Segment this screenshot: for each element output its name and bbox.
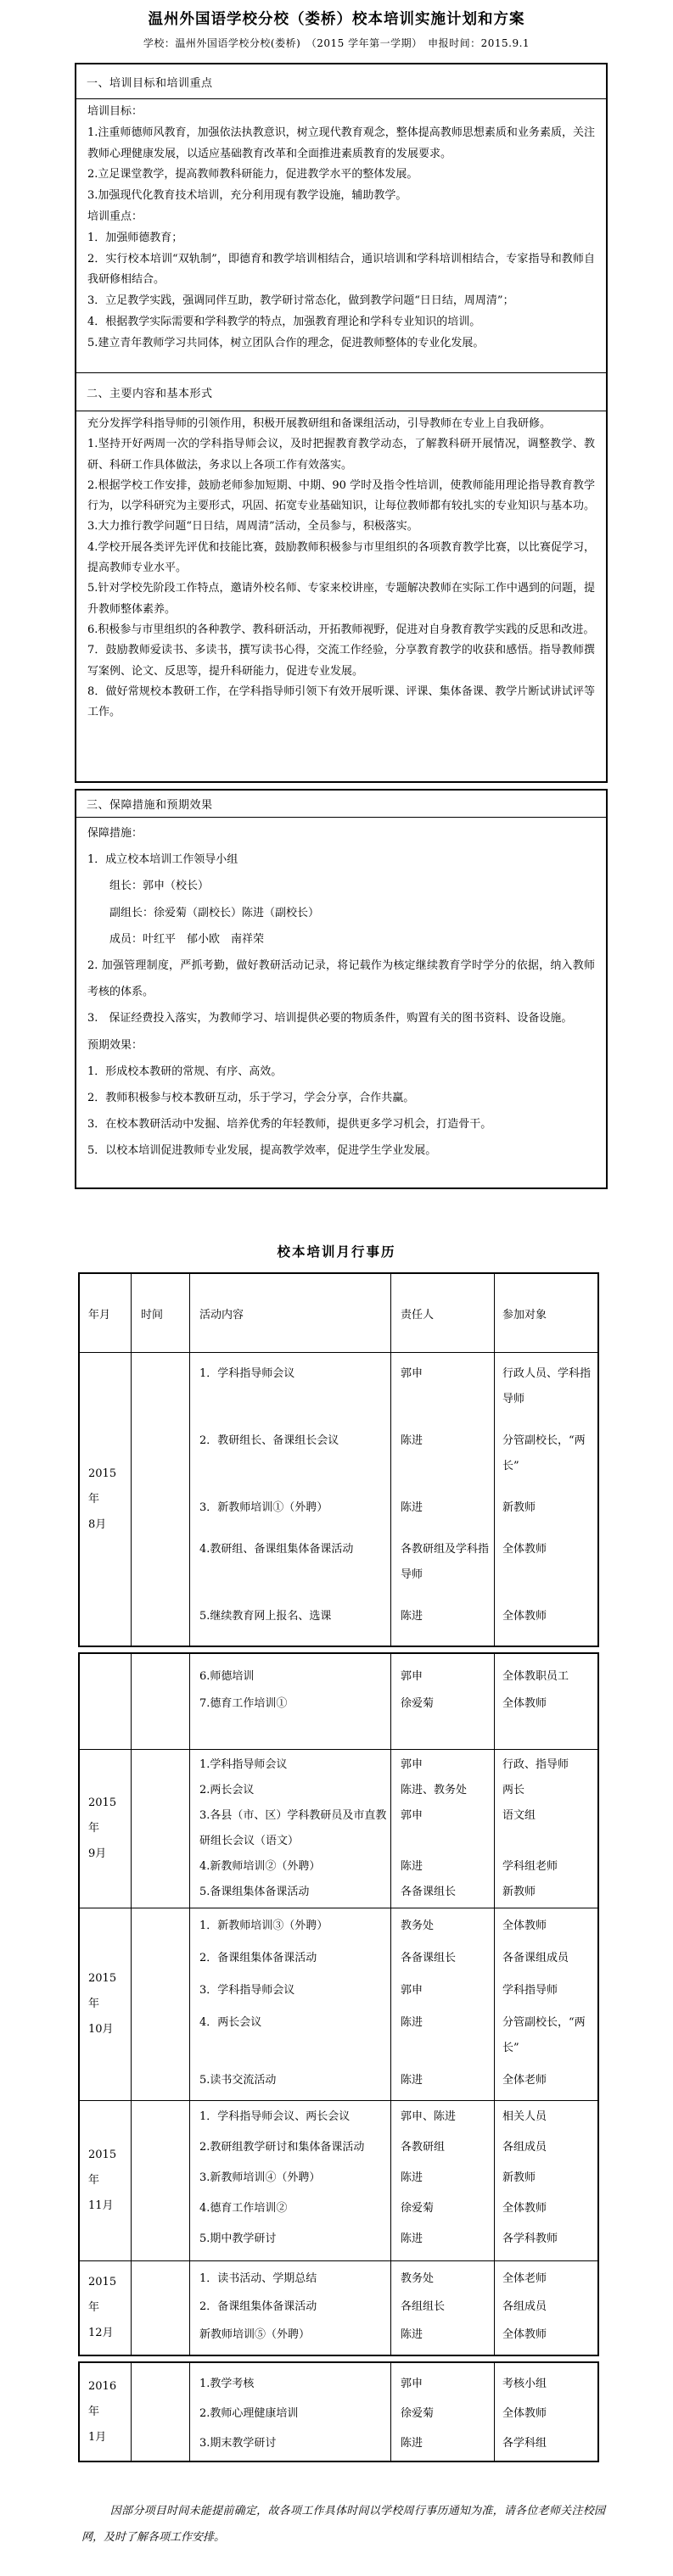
month-label-line: 年 [88,1816,131,1841]
leader-text: 教务处 [390,1914,494,1939]
activity-text: 4.新教师培训②（外聘） [189,1854,390,1880]
column-divider [390,1654,391,1749]
leader-text: 徐爱菊 [390,2401,494,2427]
activity-text: 3．新教师培训①（外聘） [189,1495,390,1521]
section-box-safeguards: 三、保障措施和预期效果保障措施：1．成立校本培训工作领导小组 组长：郭申（校长）… [75,789,608,1189]
activity-text: 6.师德培训 [189,1664,390,1690]
activities-column: 1．学科指导师会议、两长会议郭申、陈进相关人员2.教研组教学研讨和集体备课活动各… [189,2101,597,2260]
activity-text: 3.新教师培训④（外聘） [189,2165,390,2191]
activities-column: 1．新教师培训③（外聘）教务处全体教师2．备课组集体备课活动各备课组长各备课组成… [189,1908,597,2100]
participants-text: 全体教职员工 [494,1664,597,1690]
participants-text: 各组成员 [494,2294,597,2320]
column-header-leader: 责任人 [390,1274,494,1352]
column-divider [494,2363,495,2461]
participants-text: 各组成员 [494,2135,597,2160]
participants-text: 学科指导师 [494,1978,597,2003]
section-content: 充分发挥学科指导师的引领作用，积极开展教研组和备课组活动，引导教师在专业上自我研… [76,411,606,781]
calendar-header-row: 年月 时间 活动内容 责任人 参加对象 [80,1274,597,1352]
leader-text: 陈进 [390,2431,494,2456]
section-box-goals-and-content: 一、培训目标和培训重点培训目标：1.注重师德师风教育，加强依法执教意识，树立现代… [75,63,608,783]
section-paragraph: 成员：叶红平 郁小欧 南祥荣 [87,926,595,953]
page-subtitle: 学校：温州外国语学校分校(娄桥) （2015 学年第一学期） 申报时间：2015… [0,34,673,53]
participants-text: 新教师 [494,2165,597,2191]
time-cell [131,2101,189,2260]
column-divider [494,2261,495,2355]
activity-text: 新教师培训⑤（外聘） [189,2322,390,2348]
activity-item: 2.两长会议陈进、教务处两长 [189,1778,597,1803]
column-divider [131,1274,132,1352]
participants-text: 相关人员 [494,2104,597,2130]
activity-text: 1．新教师培训③（外聘） [189,1914,390,1939]
column-divider [390,2101,391,2260]
column-divider [189,1908,190,2100]
month-label-line: 9月 [88,1841,131,1867]
activity-item: 4.德育工作培训②徐爱菊全体教师 [189,2196,597,2221]
leader-text: 郭申 [390,1978,494,2003]
column-divider [189,2101,190,2260]
participants-text: 考核小组 [494,2372,597,2397]
leader-text: 陈进 [390,1495,494,1521]
leader-text: 各备课组长 [390,1880,494,1905]
time-cell [131,1908,189,2100]
column-header-yearmonth: 年月 [80,1274,131,1352]
month-label-line: 年 [88,1992,131,2017]
month-label-line: 年 [88,2400,131,2425]
section-paragraph: 2.根据学校工作安排，鼓励老师参加短期、中期、90 学时及指令性培训，使教师能用… [87,476,595,517]
leader-text: 郭申 [390,2372,494,2397]
column-divider [390,1750,391,1908]
activity-item: 1．新教师培训③（外聘）教务处全体教师 [189,1914,597,1939]
section-paragraph: 1．成立校本培训工作领导小组 [87,847,595,873]
leader-text: 徐爱菊 [390,1691,494,1717]
section-paragraph: 充分发挥学科指导师的引领作用，积极开展教研组和备课组活动，引导教师在专业上自我研… [87,414,595,434]
activity-text: 4.教研组、备课组集体备课活动 [189,1537,390,1588]
leader-text: 陈进 [390,2165,494,2191]
leader-text: 各备课组长 [390,1946,494,1971]
activity-item: 2．教研组长、备课组长会议陈进分管副校长，“两长” [189,1428,597,1479]
section-paragraph: 3. 保证经费投入落实，为教师学习、培训提供必要的物质条件，购置有关的图书资料、… [87,1005,595,1031]
footer-note: 因部分项目时间未能提前确定，故各项工作具体时间以学校周行事历通知为准，请各位老师… [81,2498,605,2551]
activity-item: 3．新教师培训①（外聘）陈进新教师 [189,1495,597,1521]
activities-column: 6.师德培训郭申全体教职员工7.德育工作培训①徐爱菊全体教师 [189,1654,597,1749]
participants-text: 全体老师 [494,2068,597,2093]
month-label-line: 10月 [88,2017,131,2042]
activity-text: 2.教师心理健康培训 [189,2401,390,2427]
participants-text: 分管副校长，“两长” [494,1428,597,1479]
leader-text: 郭申、陈进 [390,2104,494,2130]
section-paragraph: 3．立足教学实践，强调同伴互助，教学研讨常态化，做到教学问题“日日结，周周清”； [87,291,595,312]
column-divider [494,1750,495,1908]
column-divider [390,1274,391,1352]
column-header-activity: 活动内容 [189,1274,390,1352]
section-paragraph: 1．形成校本教研的常规、有序、高效。 [87,1059,595,1085]
activity-text: 2.两长会议 [189,1778,390,1803]
month-label-line: 2015 [88,1966,131,1992]
participants-text: 两长 [494,1778,597,1803]
leader-text: 陈进 [390,2068,494,2093]
calendar-month-block: 2015年9月1.学科指导师会议郭申行政、指导师2.两长会议陈进、教务处两长3.… [80,1749,597,1908]
month-label-line: 2015 [88,2270,131,2295]
activity-item: 5.期中教学研讨陈进各学科教师 [189,2227,597,2252]
section-paragraph: 5．以校本培训促进教师专业发展，提高教学效率，促进学生学业发展。 [87,1137,595,1164]
activity-item: 3．学科指导师会议郭申学科指导师 [189,1978,597,2003]
document-page: 温州外国语学校分校（娄桥）校本培训实施计划和方案 学校：温州外国语学校分校(娄桥… [0,0,673,2576]
leader-text: 郭申 [390,1664,494,1690]
section-content: 培训目标：1.注重师德师风教育，加强依法执教意识，树立现代教育观念，整体提高教师… [76,99,606,373]
activity-item: 1．读书活动、学期总结教务处全体老师 [189,2266,597,2292]
column-divider [131,1908,132,2100]
leader-text: 郭申 [390,1752,494,1778]
month-label-line: 2015 [88,1461,131,1487]
section-paragraph: 5.针对学校先阶段工作特点，邀请外校名师、专家来校讲座，专题解决教师在实际工作中… [87,578,595,620]
activity-item: 新教师培训⑤（外聘）陈进全体教师 [189,2322,597,2348]
section-paragraph: 7．鼓励教师爱读书、多读书，撰写读书心得，交流工作经验，分享教育教学的收获和感悟… [87,640,595,682]
section-paragraph: 3．在校本教研活动中发掘、培养优秀的年轻教师，提供更多学习机会，打造骨干。 [87,1111,595,1137]
activity-text: 1.教学考核 [189,2372,390,2397]
column-divider [189,1654,190,1749]
activity-item: 2．备课组集体备课活动各组组长各组成员 [189,2294,597,2320]
section-paragraph: 3.大力推行教学问题“日日结，周周清”活动，全员参与，积极落实。 [87,517,595,537]
activity-item: 2.教研组教学研讨和集体备课活动各教研组各组成员 [189,2135,597,2160]
leader-text: 陈进、教务处 [390,1778,494,1803]
section-paragraph: 1．加强师德教育； [87,228,595,249]
participants-text: 全体教师 [494,2196,597,2221]
calendar-month-block: 2015年12月1．读书活动、学期总结教务处全体老师2．备课组集体备课活动各组组… [80,2260,597,2355]
participants-text: 各学科教师 [494,2227,597,2252]
section-heading: 一、培训目标和培训重点 [76,64,606,99]
column-divider [494,1274,495,1352]
month-label: 2015年12月 [80,2261,131,2355]
column-divider [189,2261,190,2355]
participants-text: 新教师 [494,1880,597,1905]
leader-text: 各教研组及学科指导师 [390,1537,494,1588]
participants-text: 行政人员、学科指导师 [494,1361,597,1412]
participants-text: 全体教师 [494,1914,597,1939]
month-label-line: 12月 [88,2321,131,2346]
activity-item: 6.师德培训郭申全体教职员工 [189,1664,597,1690]
column-header-time: 时间 [131,1274,189,1352]
column-divider [494,1908,495,2100]
leader-text: 陈进 [390,1604,494,1629]
section-paragraph: 保障措施： [87,820,595,847]
column-divider [494,2101,495,2260]
calendar-month-block: 6.师德培训郭申全体教职员工7.德育工作培训①徐爱菊全体教师 [80,1654,597,1749]
activity-item: 1.学科指导师会议郭申行政、指导师 [189,1752,597,1778]
activity-text: 1．读书活动、学期总结 [189,2266,390,2292]
calendar-month-block: 2016年1月1.教学考核郭申考核小组2.教师心理健康培训徐爱菊全体教师3.期末… [80,2363,597,2461]
section-content: 保障措施：1．成立校本培训工作领导小组 组长：郭申（校长） 副组长：徐爱菊（副校… [76,818,606,1187]
participants-text: 新教师 [494,1495,597,1521]
leader-text: 郭申 [390,1361,494,1412]
participants-text: 分管副校长，“两长” [494,2010,597,2061]
month-label-line: 11月 [88,2193,131,2219]
activity-text: 4.德育工作培训② [189,2196,390,2221]
activity-item: 7.德育工作培训①徐爱菊全体教师 [189,1691,597,1717]
column-divider [189,1274,190,1352]
participants-text: 全体教师 [494,1537,597,1588]
calendar-month-block: 2015年11月1．学科指导师会议、两长会议郭申、陈进相关人员2.教研组教学研讨… [80,2100,597,2260]
activity-text: 1．学科指导师会议 [189,1361,390,1412]
leader-text: 陈进 [390,2010,494,2061]
month-label: 2016年1月 [80,2363,131,2461]
activity-text: 1．学科指导师会议、两长会议 [189,2104,390,2130]
section-paragraph: 组长：郭申（校长） [87,873,595,899]
participants-text: 全体老师 [494,2266,597,2292]
activity-item: 4.新教师培训②（外聘）陈进学科组老师 [189,1854,597,1880]
section-paragraph: 副组长：徐爱菊（副校长）陈进（副校长） [87,900,595,926]
section-paragraph: 6.积极参与市里组织的各种教学、教科研活动，开拓教师视野，促进对自身教育教学实践… [87,620,595,640]
activity-item: 4．两长会议陈进分管副校长，“两长” [189,2010,597,2061]
column-divider [189,2363,190,2461]
activities-column: 1．学科指导师会议郭申行政人员、学科指导师2．教研组长、备课组长会议陈进分管副校… [189,1353,597,1646]
month-label-line: 年 [88,2168,131,2193]
leader-text: 各组组长 [390,2294,494,2320]
column-divider [131,1750,132,1908]
leader-text: 陈进 [390,2227,494,2252]
activity-item: 3.新教师培训④（外聘）陈进新教师 [189,2165,597,2191]
column-divider [131,2363,132,2461]
month-label: 2015年10月 [80,1908,131,2100]
section-paragraph: 预期效果： [87,1032,595,1059]
activity-item: 3.期末教学研讨陈进各学科组 [189,2431,597,2456]
participants-text: 全体教师 [494,1691,597,1717]
participants-text: 学科组老师 [494,1854,597,1880]
column-divider [131,1654,132,1749]
section-paragraph: 培训重点： [87,207,595,228]
column-divider [189,1750,190,1908]
month-label-line: 2016 [88,2374,131,2400]
activity-item: 5.读书交流活动陈进全体老师 [189,2068,597,2093]
leader-text: 陈进 [390,1854,494,1880]
section-paragraph: 4.学校开展各类评先评优和技能比赛，鼓励教师积极参与市里组织的各项教育教学比赛，… [87,538,595,579]
time-cell [131,2261,189,2355]
column-header-participants: 参加对象 [494,1274,597,1352]
activity-text: 1.学科指导师会议 [189,1752,390,1778]
column-divider [390,1353,391,1646]
month-label: 2015年11月 [80,2101,131,2260]
activity-text: 7.德育工作培训① [189,1691,390,1717]
leader-text: 陈进 [390,2322,494,2348]
calendar-table-sep-to-dec: 6.师德培训郭申全体教职员工7.德育工作培训①徐爱菊全体教师2015年9月1.学… [78,1652,599,2356]
activities-column: 1．读书活动、学期总结教务处全体老师2．备课组集体备课活动各组组长各组成员新教师… [189,2261,597,2355]
leader-text: 徐爱菊 [390,2196,494,2221]
activities-column: 1.教学考核郭申考核小组2.教师心理健康培训徐爱菊全体教师3.期末教学研讨陈进各… [189,2363,597,2461]
activities-column: 1.学科指导师会议郭申行政、指导师2.两长会议陈进、教务处两长3.各县（市、区）… [189,1750,597,1908]
section-paragraph: 8．做好常规校本教研工作，在学科指导师引领下有效开展听课、评课、集体备课、教学片… [87,682,595,724]
activity-text: 5.期中教学研讨 [189,2227,390,2252]
section-paragraph: 1.注重师德师风教育，加强依法执教意识，树立现代教育观念，整体提高教师思想素质和… [87,123,595,165]
activity-text: 5.读书交流活动 [189,2068,390,2093]
time-cell [131,1654,189,1749]
activity-item: 1．学科指导师会议郭申行政人员、学科指导师 [189,1361,597,1412]
activity-text: 2．教研组长、备课组长会议 [189,1428,390,1479]
participants-text: 各学科组 [494,2431,597,2456]
page-title: 温州外国语学校分校（娄桥）校本培训实施计划和方案 [0,8,673,31]
calendar-table-august: 年月 时间 活动内容 责任人 参加对象 2015年8月1．学科指导师会议郭申行政… [78,1272,599,1647]
calendar-month-block: 2015年10月1．新教师培训③（外聘）教务处全体教师2．备课组集体备课活动各备… [80,1908,597,2100]
calendar-table-january: 2016年1月1.教学考核郭申考核小组2.教师心理健康培训徐爱菊全体教师3.期末… [78,2361,599,2462]
activity-item: 5.备课组集体备课活动各备课组长新教师 [189,1880,597,1905]
month-label-line: 8月 [88,1512,131,1538]
column-divider [131,2261,132,2355]
activity-text: 2.教研组教学研讨和集体备课活动 [189,2135,390,2160]
leader-text: 陈进 [390,1428,494,1479]
participants-text: 语文组 [494,1803,597,1854]
column-divider [390,2261,391,2355]
column-divider [390,2363,391,2461]
section-paragraph: 3.加强现代化教育技术培训，充分利用现有教学设施，辅助教学。 [87,186,595,207]
section-paragraph: 1.坚持开好两周一次的学科指导师会议，及时把握教育教学动态，了解教科研开展情况，… [87,434,595,476]
participants-text: 全体教师 [494,2322,597,2348]
activity-item: 4.教研组、备课组集体备课活动各教研组及学科指导师全体教师 [189,1537,597,1588]
section-paragraph: 2.立足课堂教学，提高教师教科研能力，促进教学水平的整体发展。 [87,165,595,186]
section-paragraph: 5.建立青年教师学习共同体，树立团队合作的理念，促进教师整体的专业化发展。 [87,333,595,355]
calendar-title: 校本培训月行事历 [0,1242,673,1262]
activity-text: 2．备课组集体备课活动 [189,2294,390,2320]
time-cell [131,1353,189,1646]
column-divider [131,2101,132,2260]
activity-text: 4．两长会议 [189,2010,390,2061]
leader-text: 教务处 [390,2266,494,2292]
column-divider [494,1654,495,1749]
month-label: 2015年8月 [80,1353,131,1646]
activity-item: 2．备课组集体备课活动各备课组长各备课组成员 [189,1946,597,1971]
activity-text: 3．学科指导师会议 [189,1978,390,2003]
column-divider [494,1353,495,1646]
leader-text: 各教研组 [390,2135,494,2160]
activity-text: 5.备课组集体备课活动 [189,1880,390,1905]
activity-item: 1．学科指导师会议、两长会议郭申、陈进相关人员 [189,2104,597,2130]
activity-item: 5.继续教育网上报名、选课陈进全体教师 [189,1604,597,1629]
column-divider [189,1353,190,1646]
activity-item: 2.教师心理健康培训徐爱菊全体教师 [189,2401,597,2427]
section-paragraph: 2. 加强管理制度，严抓考勤，做好教研活动记录，将记载作为核定继续教育学时学分的… [87,953,595,1005]
section-paragraph: 2．实行校本培训“双轨制”，即德育和教学培训相结合，通识培训和学科培训相结合，专… [87,249,595,292]
month-label-line: 年 [88,2295,131,2321]
column-divider [390,1908,391,2100]
month-label-line: 1月 [88,2425,131,2450]
section-paragraph: 培训目标： [87,102,595,123]
month-label: 2015年9月 [80,1750,131,1908]
section-paragraph: 2．教师积极参与校本教研互动，乐于学习，学会分享，合作共赢。 [87,1085,595,1111]
month-label [80,1654,131,1749]
activity-text: 5.继续教育网上报名、选课 [189,1604,390,1629]
activity-item: 1.教学考核郭申考核小组 [189,2372,597,2397]
activity-item: 3.各县（市、区）学科教研员及市直教研组长会议（语文）郭申语文组 [189,1803,597,1854]
activity-text: 3.各县（市、区）学科教研员及市直教研组长会议（语文） [189,1803,390,1854]
participants-text: 全体教师 [494,1604,597,1629]
participants-text: 全体教师 [494,2401,597,2427]
section-heading: 三、保障措施和预期效果 [76,791,606,818]
month-label-line: 2015 [88,1791,131,1816]
participants-text: 各备课组成员 [494,1946,597,1971]
activity-text: 3.期末教学研讨 [189,2431,390,2456]
participants-text: 行政、指导师 [494,1752,597,1778]
column-divider [131,1353,132,1646]
time-cell [131,1750,189,1908]
calendar-month-block: 2015年8月1．学科指导师会议郭申行政人员、学科指导师2．教研组长、备课组长会… [80,1352,597,1646]
month-label-line: 年 [88,1487,131,1512]
month-label-line: 2015 [88,2143,131,2168]
section-heading: 二、主要内容和基本形式 [76,373,606,411]
section-paragraph: 4．根据教学实际需要和学科教学的特点，加强教育理论和学科专业知识的培训。 [87,312,595,333]
time-cell [131,2363,189,2461]
activity-text: 2．备课组集体备课活动 [189,1946,390,1971]
leader-text: 郭申 [390,1803,494,1854]
